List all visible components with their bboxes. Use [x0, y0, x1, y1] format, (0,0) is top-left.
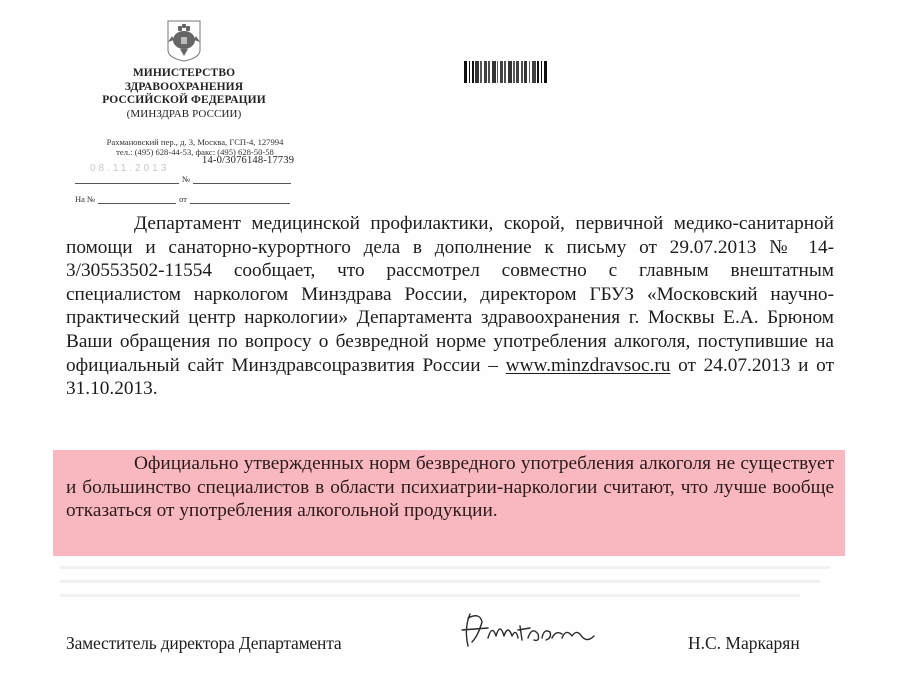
number-label: № [182, 174, 190, 184]
letter-page: МИНИСТЕРСТВО ЗДРАВООХРАНЕНИЯ РОССИЙСКОЙ … [0, 0, 900, 675]
reference-label: На № [75, 194, 95, 204]
ministry-name: МИНИСТЕРСТВО ЗДРАВООХРАНЕНИЯ РОССИЙСКОЙ … [75, 67, 293, 121]
signatory-title: Заместитель директора Департамента [66, 633, 341, 654]
outgoing-number-field: № [75, 174, 291, 184]
body-paragraph-text: Департамент медицинской профилактики, ск… [66, 213, 834, 376]
highlighted-statement: Официально утвержденных норм безвредного… [66, 452, 834, 523]
from-line [190, 195, 290, 204]
handwritten-signature-icon [458, 608, 598, 654]
reference-field: На № от [75, 194, 290, 204]
show-through-line [60, 566, 830, 569]
coat-of-arms-icon [166, 20, 202, 62]
body-paragraph: Департамент медицинской профилактики, ск… [66, 212, 834, 401]
registration-number: 14-0/3076148-17739 [202, 155, 294, 166]
signatory-name: Н.С. Маркарян [688, 633, 800, 654]
date-stamp: 08.11.2013 [90, 163, 169, 174]
highlighted-paragraph: Официально утвержденных норм безвредного… [66, 452, 834, 523]
website-link[interactable]: www.minzdravsoc.ru [506, 355, 671, 376]
show-through-line [60, 580, 820, 583]
barcode-image [464, 61, 552, 83]
ministry-line: ЗДРАВООХРАНЕНИЯ [75, 81, 293, 95]
show-through-line [60, 594, 800, 597]
date-line [75, 175, 179, 184]
letter-body: Департамент медицинской профилактики, ск… [66, 212, 834, 401]
ministry-line: РОССИЙСКОЙ ФЕДЕРАЦИИ [75, 94, 293, 108]
number-line [193, 175, 291, 184]
reference-line [98, 195, 176, 204]
from-label: от [179, 194, 187, 204]
ministry-line: МИНИСТЕРСТВО [75, 67, 293, 81]
ministry-short-name: (МИНЗДРАВ РОССИИ) [75, 108, 293, 122]
